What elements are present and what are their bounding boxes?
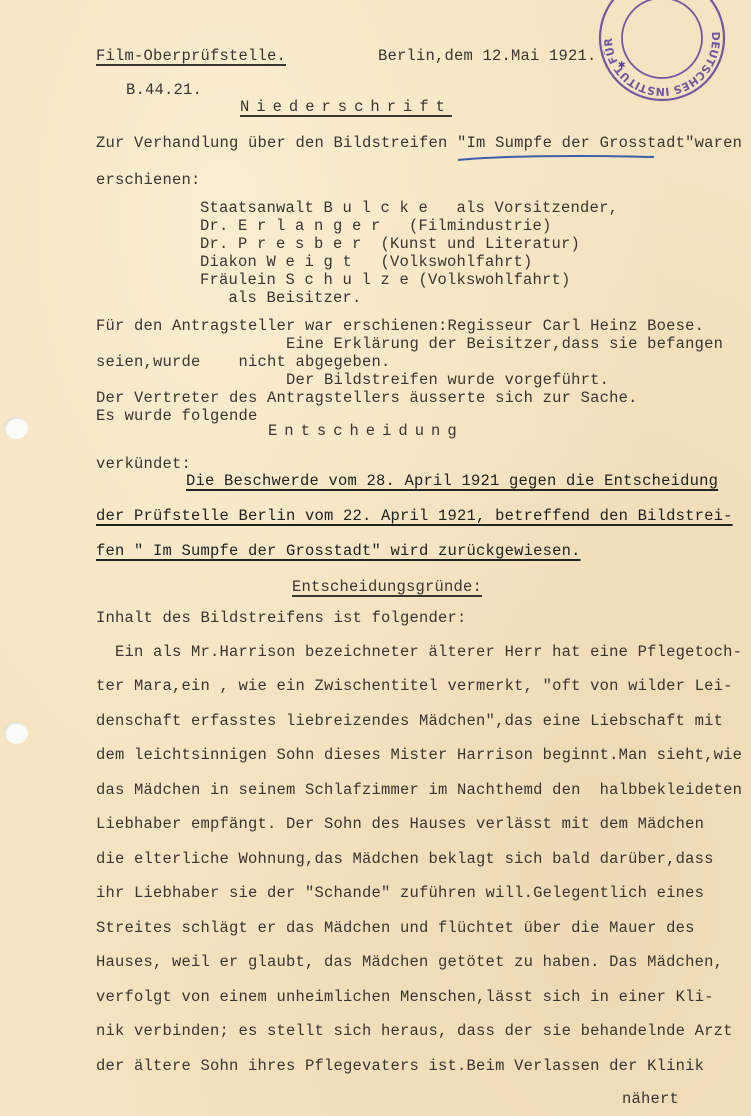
reasons-heading: Entscheidungsgründe: — [292, 578, 482, 596]
decision-line: fen " Im Sumpfe der Grosstadt" wird zurü… — [96, 542, 581, 560]
body-line: Hauses, weil er glaubt, das Mädchen getö… — [96, 953, 723, 971]
proceedings-line: seien,wurde nicht abgegeben. — [96, 353, 391, 371]
body-line: Ein als Mr.Harrison bezeichneter älterer… — [96, 643, 742, 661]
body-line: nik verbinden; es stellt sich heraus, da… — [96, 1022, 733, 1040]
file-number: B.44.21. — [126, 81, 202, 99]
institute-stamp: DEUTSCHES INSTITUT FÜR FILMKUNDE E.V. ✱ — [596, 0, 728, 104]
proceedings-line: Für den Antragsteller war erschienen:Reg… — [96, 317, 704, 335]
decision-line: der Prüfstelle Berlin vom 22. April 1921… — [96, 507, 733, 525]
proceedings-line: Der Bildstreifen wurde vorgeführt. — [96, 371, 609, 389]
body-line: die elterliche Wohnung,das Mädchen bekla… — [96, 850, 714, 868]
attendee: Staatsanwalt B u l c k e als Vorsitzende… — [200, 199, 618, 217]
body-line: denschaft erfasstes liebreizendes Mädche… — [96, 712, 723, 730]
body-line: ter Mara,ein , wie ein Zwischentitel ver… — [96, 677, 733, 695]
punch-hole-lower — [4, 722, 28, 744]
decision-heading: Entscheidung — [268, 422, 464, 440]
stamp-star-icon: ✱ — [618, 58, 625, 72]
attendee: Diakon W e i g t (Volkswohlfahrt) — [200, 253, 533, 271]
content-intro: Inhalt des Bildstreifens ist folgender: — [96, 609, 467, 627]
document-title: Niederschrift — [240, 98, 452, 116]
proceedings-line: Der Vertreter des Antragstellers äussert… — [96, 389, 638, 407]
body-line: Streites schlägt er das Mädchen und flüc… — [96, 919, 695, 937]
place-date: Berlin,dem 12.Mai 1921. — [378, 47, 597, 65]
office-name: Film-Oberprüfstelle. — [96, 47, 286, 65]
proceedings-line: Es wurde folgende — [96, 407, 258, 425]
body-line: dem leichtsinnigen Sohn dieses Mister Ha… — [96, 746, 742, 764]
body-line: der ältere Sohn ihres Pflegevaters ist.B… — [96, 1057, 704, 1075]
announced-label: verkündet: — [96, 455, 191, 473]
intro-line-2: erschienen: — [96, 171, 201, 189]
intro-line-1: Zur Verhandlung über den Bildstreifen "I… — [96, 134, 742, 152]
pen-underline-mark — [456, 154, 656, 162]
attendee: Dr. P r e s b e r (Kunst und Literatur) — [200, 235, 580, 253]
attendee: Fräulein S c h u l z e (Volkswohlfahrt) — [200, 271, 571, 289]
punch-hole-upper — [4, 417, 28, 439]
body-line: das Mädchen in seinem Schlafzimmer im Na… — [96, 781, 742, 799]
decision-line: Die Beschwerde vom 28. April 1921 gegen … — [186, 472, 718, 490]
body-line: verfolgt von einem unheimlichen Menschen… — [96, 988, 714, 1006]
body-line: ihr Liebhaber sie der "Schande" zuführen… — [96, 884, 704, 902]
catchword: nähert — [622, 1090, 679, 1108]
attendee: als Beisitzer. — [200, 289, 362, 307]
attendee: Dr. E r l a n g e r (Filmindustrie) — [200, 217, 552, 235]
proceedings-line: Eine Erklärung der Beisitzer,dass sie be… — [96, 335, 723, 353]
body-line: Liebhaber empfängt. Der Sohn des Hauses … — [96, 815, 704, 833]
